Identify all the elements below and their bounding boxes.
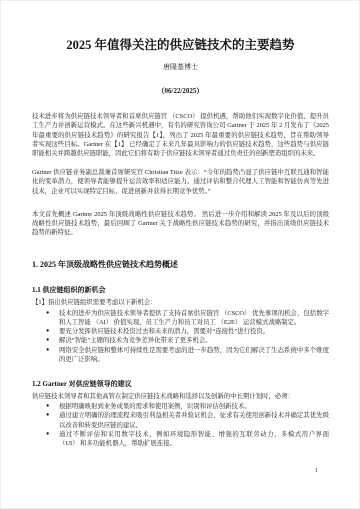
page-title: 2025 年值得关注的供应链技术的主要趋势 bbox=[32, 37, 329, 53]
date: （06/22/2025） bbox=[32, 86, 329, 96]
list-item: ● 网络安全供应链和整体可持续性是需要考虑的进一步趋势，因为它们解决了生态系统中… bbox=[32, 346, 329, 364]
bullet-text: 网络安全供应链和整体可持续性是需要考虑的进一步趋势，因为它们解决了生态系统中多个… bbox=[59, 346, 329, 364]
list-item: ● 通过不断评估和采用数字技术，例如环境隐形智能、增强的互联劳动力、多模式用户界… bbox=[32, 430, 329, 448]
bullet-icon: ● bbox=[32, 411, 59, 429]
bullet-icon: ● bbox=[32, 327, 59, 336]
list-item: ● 解决“智能”主题的技术为竞争差异化带来了更多机会。 bbox=[32, 336, 329, 345]
bullet-text: 通过不断评估和采用数字技术，例如环境隐形智能、增强的互联劳动力、多模式用户界面 … bbox=[59, 430, 329, 448]
subsection-1-1-lead: 【1】指出供应链组织需要考虑以下新机会： bbox=[32, 298, 329, 307]
bullet-icon: ● bbox=[32, 346, 59, 364]
page-content: 2025 年值得关注的供应链技术的主要趋势 唐隆基博士 （06/22/2025）… bbox=[1, 1, 359, 448]
bullet-text: 根据明确映射到业务成果的需求和使用案例，识别和评估创新技术。 bbox=[59, 402, 329, 411]
document-page: 2025 年值得关注的供应链技术的主要趋势 唐隆基博士 （06/22/2025）… bbox=[0, 0, 360, 509]
intro-paragraph-1: 技术进步将为供应链技术领导者和首席供应链官 （CSCO） 提供机遇，帮助他们实现… bbox=[32, 112, 329, 158]
intro-paragraph-2: Gartner 供应链业务副总裁兼首席研究官 Christian Titze 表… bbox=[32, 168, 329, 196]
intro-paragraph-3: 本文首先概述 Gartner 2025 年顶级战略性供应链技术趋势。 然后进一步… bbox=[32, 210, 329, 238]
author: 唐隆基博士 bbox=[32, 62, 329, 72]
bullet-icon: ● bbox=[32, 402, 59, 411]
subsection-1-2-lead: 供应链技术领导者和其他高管在制定供应链技术战略和选择以及创新的中长期计划时，必须… bbox=[32, 392, 329, 401]
subsection-heading-1-1: 1.1 供应链组织的新机会 bbox=[32, 285, 329, 295]
list-item: ● 技术的进步为供应链技术领导者提供了支持首席供应链官 （CSCO） 优先事项的… bbox=[32, 309, 329, 327]
bullet-text: 通过建立明确的治理流程来吸引利益相关者并验证机会，征求有关使用创新技术并确定其优… bbox=[59, 411, 329, 429]
bullet-icon: ● bbox=[32, 309, 59, 327]
bullet-list-1-2: ● 根据明确映射到业务成果的需求和使用案例，识别和评估创新技术。 ● 通过建立明… bbox=[32, 402, 329, 448]
bullet-list-1-1: ● 技术的进步为供应链技术领导者提供了支持首席供应链官 （CSCO） 优先事项的… bbox=[32, 309, 329, 364]
list-item: ● 根据明确映射到业务成果的需求和使用案例，识别和评估创新技术。 bbox=[32, 402, 329, 411]
bullet-icon: ● bbox=[32, 430, 59, 448]
bullet-text: 技术的进步为供应链技术领导者提供了支持首席供应链官 （CSCO） 优先事项的机会… bbox=[59, 309, 329, 327]
bullet-text: 要充分发挥供应链技术投资过去和未来的潜力，需要对“连接性”进行投资。 bbox=[59, 327, 329, 336]
section-heading-1: 1. 2025 年顶级战略性供应链技术趋势概述 bbox=[32, 259, 329, 270]
bullet-text: 解决“智能”主题的技术为竞争差异化带来了更多机会。 bbox=[59, 336, 329, 345]
subsection-heading-1-2: 1.2 Gartner 对供应链领导的建议 bbox=[32, 379, 329, 389]
list-item: ● 通过建立明确的治理流程来吸引利益相关者并验证机会，征求有关使用创新技术并确定… bbox=[32, 411, 329, 429]
bullet-icon: ● bbox=[32, 336, 59, 345]
page-number: 1 bbox=[315, 467, 318, 474]
list-item: ● 要充分发挥供应链技术投资过去和未来的潜力，需要对“连接性”进行投资。 bbox=[32, 327, 329, 336]
